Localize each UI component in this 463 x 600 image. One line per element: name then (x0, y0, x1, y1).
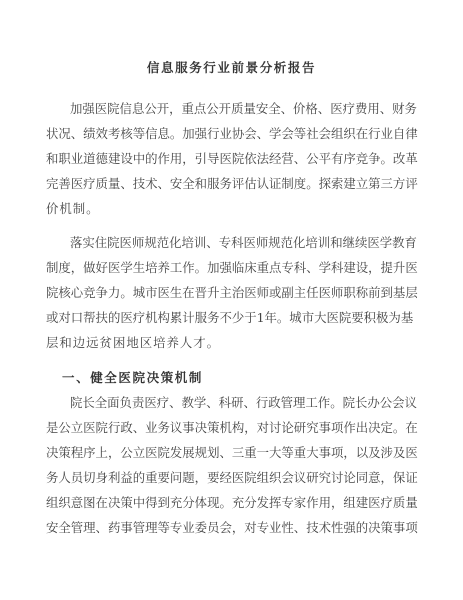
paragraph-1-line-3: 和职业道德建设中的作用，引导医院依法经营、公平有序竞争。改革 (46, 150, 408, 168)
paragraph-1-line-4: 完善医疗质量、技术、安全和服务评估认证制度。探索建立第三方评 (46, 175, 408, 193)
paragraph-2-line-2: 制度，做好医学生培养工作。加强临床重点专科、学科建设，提升医 (46, 259, 408, 277)
paragraph-2-line-3: 院核心竞争力。城市医生在晋升主治医师或副主任医师职称前到基层 (46, 284, 408, 302)
section-1-line-1: 院长全面负责医疗、教学、科研、行政管理工作。院长办公会议 (70, 394, 408, 412)
paragraph-2-line-4: 或对口帮扶的医疗机构累计服务不少于1年。城市大医院要积极为基 (46, 309, 408, 327)
paragraph-1-line-2: 状况、绩效考核等信息。加强行业协会、学会等社会组织在行业自律 (46, 125, 408, 143)
document-title: 信息服务行业前景分析报告 (0, 60, 463, 76)
document-page: 信息服务行业前景分析报告 加强医院信息公开，重点公开质量安全、价格、医疗费用、财… (0, 0, 463, 600)
section-1-heading: 一、健全医院决策机制 (62, 369, 203, 387)
section-1-line-4: 务人员切身利益的重要问题，要经医院组织会议研究讨论同意，保证 (46, 469, 408, 487)
paragraph-1-line-1: 加强医院信息公开，重点公开质量安全、价格、医疗费用、财务 (70, 100, 408, 118)
paragraph-1-line-5: 价机制。 (46, 200, 408, 218)
section-1-line-3: 决策程序上，公立医院发展规划、三重一大等重大事项，以及涉及医 (46, 444, 408, 462)
paragraph-2-line-5: 层和边远贫困地区培养人才。 (46, 334, 408, 352)
section-1-line-2: 是公立医院行政、业务议事决策机构，对讨论研究事项作出决定。在 (46, 419, 408, 437)
paragraph-2-line-1: 落实住院医师规范化培训、专科医师规范化培训和继续医学教育 (70, 234, 408, 252)
section-1-line-5: 组织意图在决策中得到充分体现。充分发挥专家作用，组建医疗质量 (46, 494, 408, 512)
section-1-line-6: 安全管理、药事管理等专业委员会，对专业性、技术性强的决策事项 (46, 519, 408, 537)
